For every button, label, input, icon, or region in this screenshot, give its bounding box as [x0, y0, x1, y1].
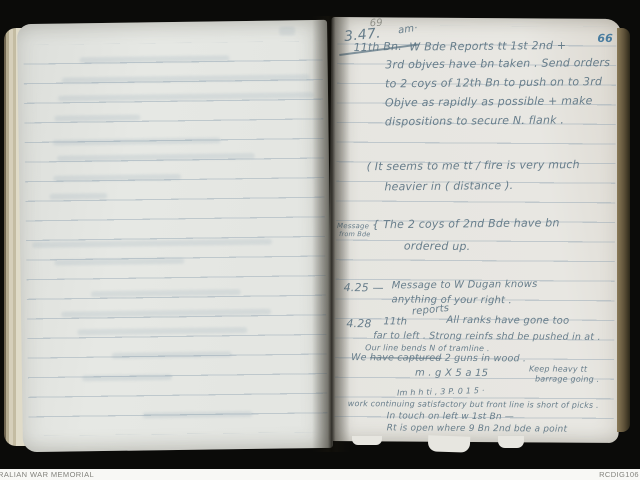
archive-name-label: RALIAN WAR MEMORIAL: [0, 469, 94, 480]
handwritten-line: 4.25 —: [344, 281, 384, 294]
strike-line-pre: We: [351, 352, 370, 363]
handwritten-line: ( It seems to me tt / fire is very much: [366, 158, 579, 173]
bleed-through-mark: [54, 114, 140, 121]
bleed-through-mark: [61, 309, 271, 318]
bleed-through-mark: [58, 92, 314, 102]
handwritten-line: m . g X 5 a 15: [415, 368, 488, 380]
handwritten-line: W Bde Reports tt 1st 2nd +: [409, 39, 566, 54]
handwritten-line: barrage going .: [535, 374, 599, 383]
handwritten-line: Im h h ti , 3 P. 0 1 5 ·: [397, 386, 485, 397]
bleed-through-mark: [112, 351, 232, 359]
handwritten-line: Keep heavy tt: [529, 364, 587, 373]
handwritten-line: reports: [411, 303, 449, 318]
bleed-through-mark: [54, 258, 184, 266]
scanned-notebook-photo: 69 3.47. am· 66 11th Bn. W Bde Reports t…: [0, 0, 640, 480]
handwritten-line: In touch on left w 1st Bn —: [387, 411, 514, 422]
entry-time-am: am·: [397, 23, 418, 37]
margin-note: from Bde: [339, 230, 371, 238]
handwritten-line: We have captured 2 guns in wood .: [351, 352, 526, 364]
right-page-edge-stack: [617, 28, 630, 432]
handwritten-line: anything of your right .: [391, 294, 511, 306]
torn-page-tab: [428, 435, 471, 452]
handwritten-line: { The 2 coys of 2nd Bde have bn: [372, 216, 560, 231]
handwritten-line: ordered up.: [404, 240, 471, 253]
bleed-through-mark: [279, 26, 295, 35]
handwritten-line: 3rd objves have bn taken . Send orders: [385, 56, 610, 71]
record-id-label: RCDIG106: [599, 469, 639, 480]
bleed-through-mark: [79, 55, 229, 63]
handwritten-line: far to left . Strong reinfs shd be pushe…: [373, 330, 601, 343]
handwritten-line: 11th: [383, 316, 407, 327]
right-notebook-page: 69 3.47. am· 66 11th Bn. W Bde Reports t…: [329, 17, 622, 443]
bleed-through-mark: [53, 137, 221, 145]
strike-line-struck: have captured: [370, 352, 442, 363]
handwritten-line: Rt is open where 9 Bn 2nd bde a point: [387, 423, 568, 434]
bleed-through-mark: [49, 193, 107, 200]
bleed-through-mark: [57, 153, 255, 162]
torn-page-tab: [352, 436, 382, 445]
handwritten-line: dispositions to secure N. flank .: [385, 113, 564, 128]
bleed-through-mark: [77, 327, 247, 335]
handwritten-line: heavier in ( distance ).: [384, 179, 513, 193]
bleed-through-mark: [82, 374, 172, 381]
margin-note: Message: [337, 222, 369, 230]
bleed-through-mark: [142, 411, 252, 419]
strike-line-post: 2 guns in wood .: [441, 353, 526, 365]
left-notebook-page: [17, 20, 333, 452]
handwritten-line: work continuing satisfactory but front l…: [348, 399, 599, 410]
handwritten-line: 11th Bn.: [353, 40, 402, 54]
caption-bar: RALIAN WAR MEMORIAL RCDIG106: [0, 469, 640, 480]
bleed-through-mark: [62, 74, 310, 83]
bleed-through-mark: [91, 289, 241, 297]
handwritten-line: All ranks have gone too: [446, 315, 569, 327]
handwritten-line: to 2 coys of 12th Bn to push on to 3rd: [385, 75, 602, 90]
handwritten-line: 4.28: [346, 317, 371, 330]
bleed-through-mark: [32, 239, 272, 248]
torn-page-tab: [498, 436, 524, 448]
page-number: 66: [597, 32, 613, 45]
handwritten-line: Message to W Dugan knows: [392, 279, 538, 292]
bleed-through-mark: [53, 174, 181, 182]
handwritten-line: Objve as rapidly as possible + make: [385, 94, 593, 109]
